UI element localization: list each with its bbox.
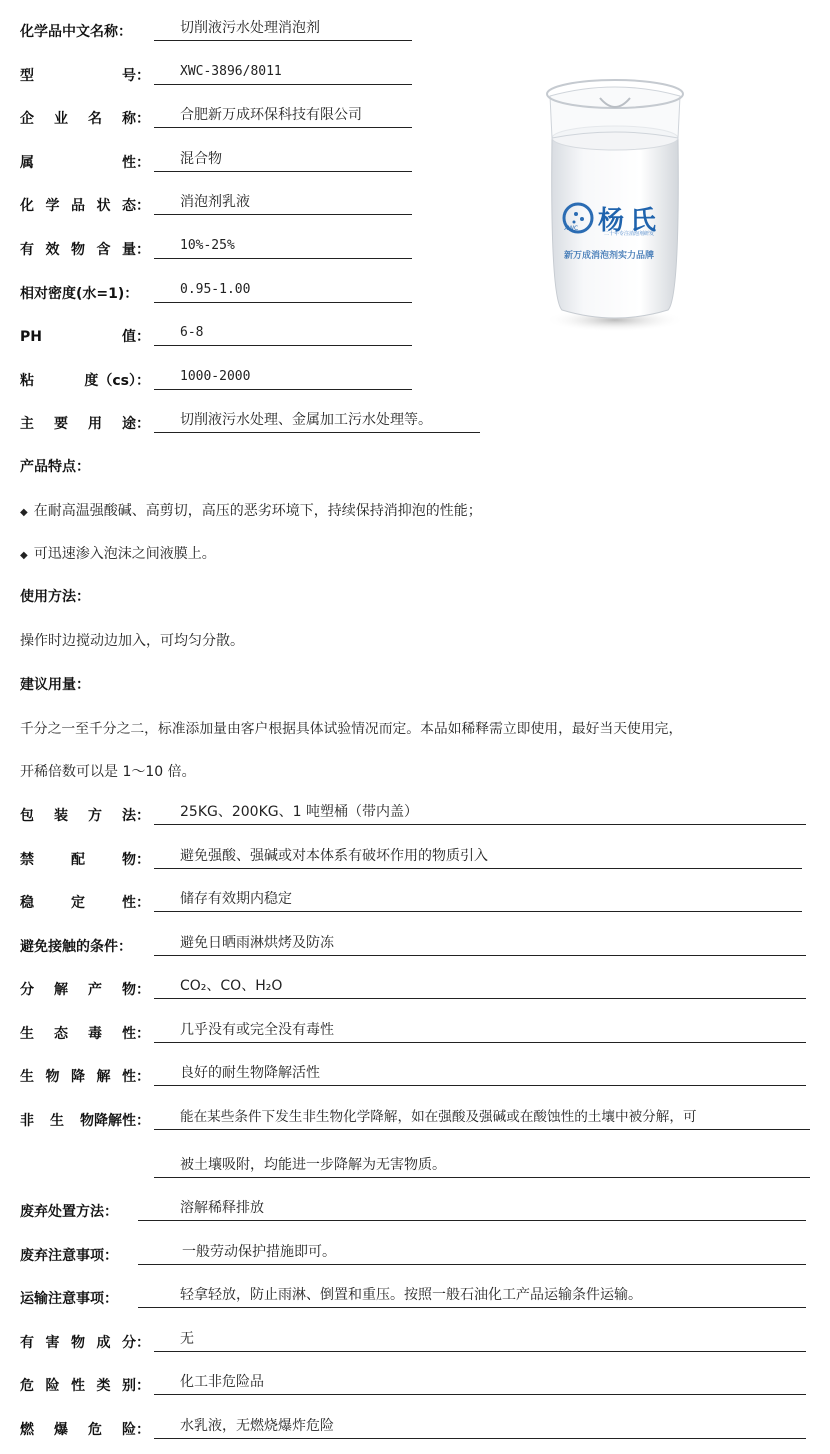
- field-packaging: 包装方法：: [20, 802, 150, 826]
- field-chem-name: 化学品中文名称：: [20, 18, 150, 42]
- field-disposal: 废弃处置方法：: [20, 1198, 134, 1222]
- field-value: 轻拿轻放，防止雨淋、倒置和重压。按照一般石油化工产品运输条件运输。: [138, 1285, 806, 1308]
- field-biodegradability: 生物降解性：: [20, 1063, 150, 1087]
- field-value: 能在某些条件下发生非生物化学降解，如在强酸及强碱或在酸蚀性的土壤中被分解，可: [154, 1107, 810, 1130]
- svg-text:XWC: XWC: [564, 225, 578, 232]
- usage-text: 操作时边搅动边加入，可均匀分散。: [20, 630, 244, 650]
- field-viscosity: 粘度（cs）：: [20, 367, 150, 391]
- field-label: 企业名称：: [20, 109, 150, 129]
- dosage-text-line1: 千分之一至千分之二，标准添加量由客户根据具体试验情况而定。本品如稀释需立即使用，…: [20, 717, 682, 737]
- field-company: 企业名称：: [20, 105, 150, 129]
- field-value: 1000-2000: [154, 367, 412, 390]
- field-usage: 主要用途：: [20, 410, 150, 434]
- field-disposal-notes: 废弃注意事项：: [20, 1242, 134, 1266]
- field-ecotoxicity: 生态毒性：: [20, 1020, 150, 1044]
- field-density: 相对密度(水=1)：: [20, 280, 150, 304]
- feature-item: ◆在耐高温强酸碱、高剪切，高压的恶劣环境下，持续保持消抑泡的性能；: [20, 500, 482, 520]
- field-label: 有效物含量：: [20, 240, 150, 260]
- field-avoid-conditions: 避免接触的条件：: [20, 933, 150, 957]
- field-label: 化学品状态：: [20, 196, 150, 216]
- field-value: 储存有效期内稳定: [154, 889, 802, 912]
- field-value: 几乎没有或完全没有毒性: [154, 1020, 806, 1043]
- field-value: 10%-25%: [154, 236, 412, 259]
- brand-slogan: 新万成消泡剂实力品牌: [564, 248, 654, 261]
- field-value: 切削液污水处理、金属加工污水处理等。: [154, 410, 480, 433]
- field-value: 切削液污水处理消泡剂: [154, 18, 412, 41]
- field-hazard-class: 危险性类别：: [20, 1372, 150, 1396]
- field-attribute: 属性：: [20, 149, 150, 173]
- field-incompatible: 禁配物：: [20, 846, 150, 870]
- field-label: 主要用途：: [20, 414, 150, 434]
- brand-tagline: 二十年专注消泡剂研发: [604, 230, 654, 237]
- field-state: 化学品状态：: [20, 192, 150, 216]
- field-value: 合肥新万成环保科技有限公司: [154, 105, 412, 128]
- field-value: 一般劳动保护措施即可。: [138, 1242, 806, 1265]
- field-value: XWC-3896/8011: [154, 62, 412, 85]
- field-value: 无: [154, 1329, 806, 1352]
- diamond-bullet-icon: ◆: [20, 550, 28, 561]
- field-value: 0.95-1.00: [154, 280, 412, 303]
- feature-item: ◆可迅速渗入泡沫之间液膜上。: [20, 543, 216, 563]
- field-value-continued: 被土壤吸附，均能进一步降解为无害物质。: [154, 1155, 810, 1178]
- field-value: 避免日晒雨淋烘烤及防冻: [154, 933, 806, 956]
- field-decomposition: 分解产物：: [20, 976, 150, 1000]
- field-label: 粘度（cs）：: [20, 371, 150, 391]
- field-active-content: 有效物含量：: [20, 236, 150, 260]
- product-beaker-image: XWC 杨氏 二十年专注消泡剂研发 新万成消泡剂实力品牌: [540, 58, 690, 338]
- field-hazardous-components: 有害物成分：: [20, 1329, 150, 1353]
- field-value: 良好的耐生物降解活性: [154, 1063, 806, 1086]
- dosage-text-line2: 开稀倍数可以是 1～10 倍。: [20, 761, 196, 781]
- field-label: 型号：: [20, 66, 150, 86]
- field-label: 相对密度(水=1)：: [20, 284, 150, 304]
- field-value: 25KG、200KG、1 吨塑桶（带内盖）: [154, 802, 806, 825]
- field-stability: 稳定性：: [20, 889, 150, 913]
- features-heading: 产品特点：: [20, 456, 90, 476]
- field-ph: PH值：: [20, 323, 150, 347]
- field-value: 6-8: [154, 323, 412, 346]
- diamond-bullet-icon: ◆: [20, 507, 28, 518]
- field-abiotic-degradation: 非生物降解性：: [20, 1107, 150, 1131]
- field-model: 型号：: [20, 62, 150, 86]
- field-value: CO₂、CO、H₂O: [154, 976, 806, 999]
- field-value: 水乳液，无燃烧爆炸危险: [154, 1416, 806, 1439]
- field-value: 溶解稀释排放: [138, 1198, 806, 1221]
- field-value: 化工非危险品: [154, 1372, 806, 1395]
- field-value: 混合物: [154, 149, 412, 172]
- field-explosion-hazard: 燃爆危险：: [20, 1416, 150, 1440]
- field-label: 化学品中文名称：: [20, 22, 150, 42]
- field-value: 消泡剂乳液: [154, 192, 412, 215]
- usage-heading: 使用方法：: [20, 586, 90, 606]
- field-label: 属性：: [20, 153, 150, 173]
- field-transport-notes: 运输注意事项：: [20, 1285, 134, 1309]
- field-value: 避免强酸、强碱或对本体系有破坏作用的物质引入: [154, 846, 802, 869]
- field-label: PH值：: [20, 327, 150, 347]
- dosage-heading: 建议用量：: [20, 674, 90, 694]
